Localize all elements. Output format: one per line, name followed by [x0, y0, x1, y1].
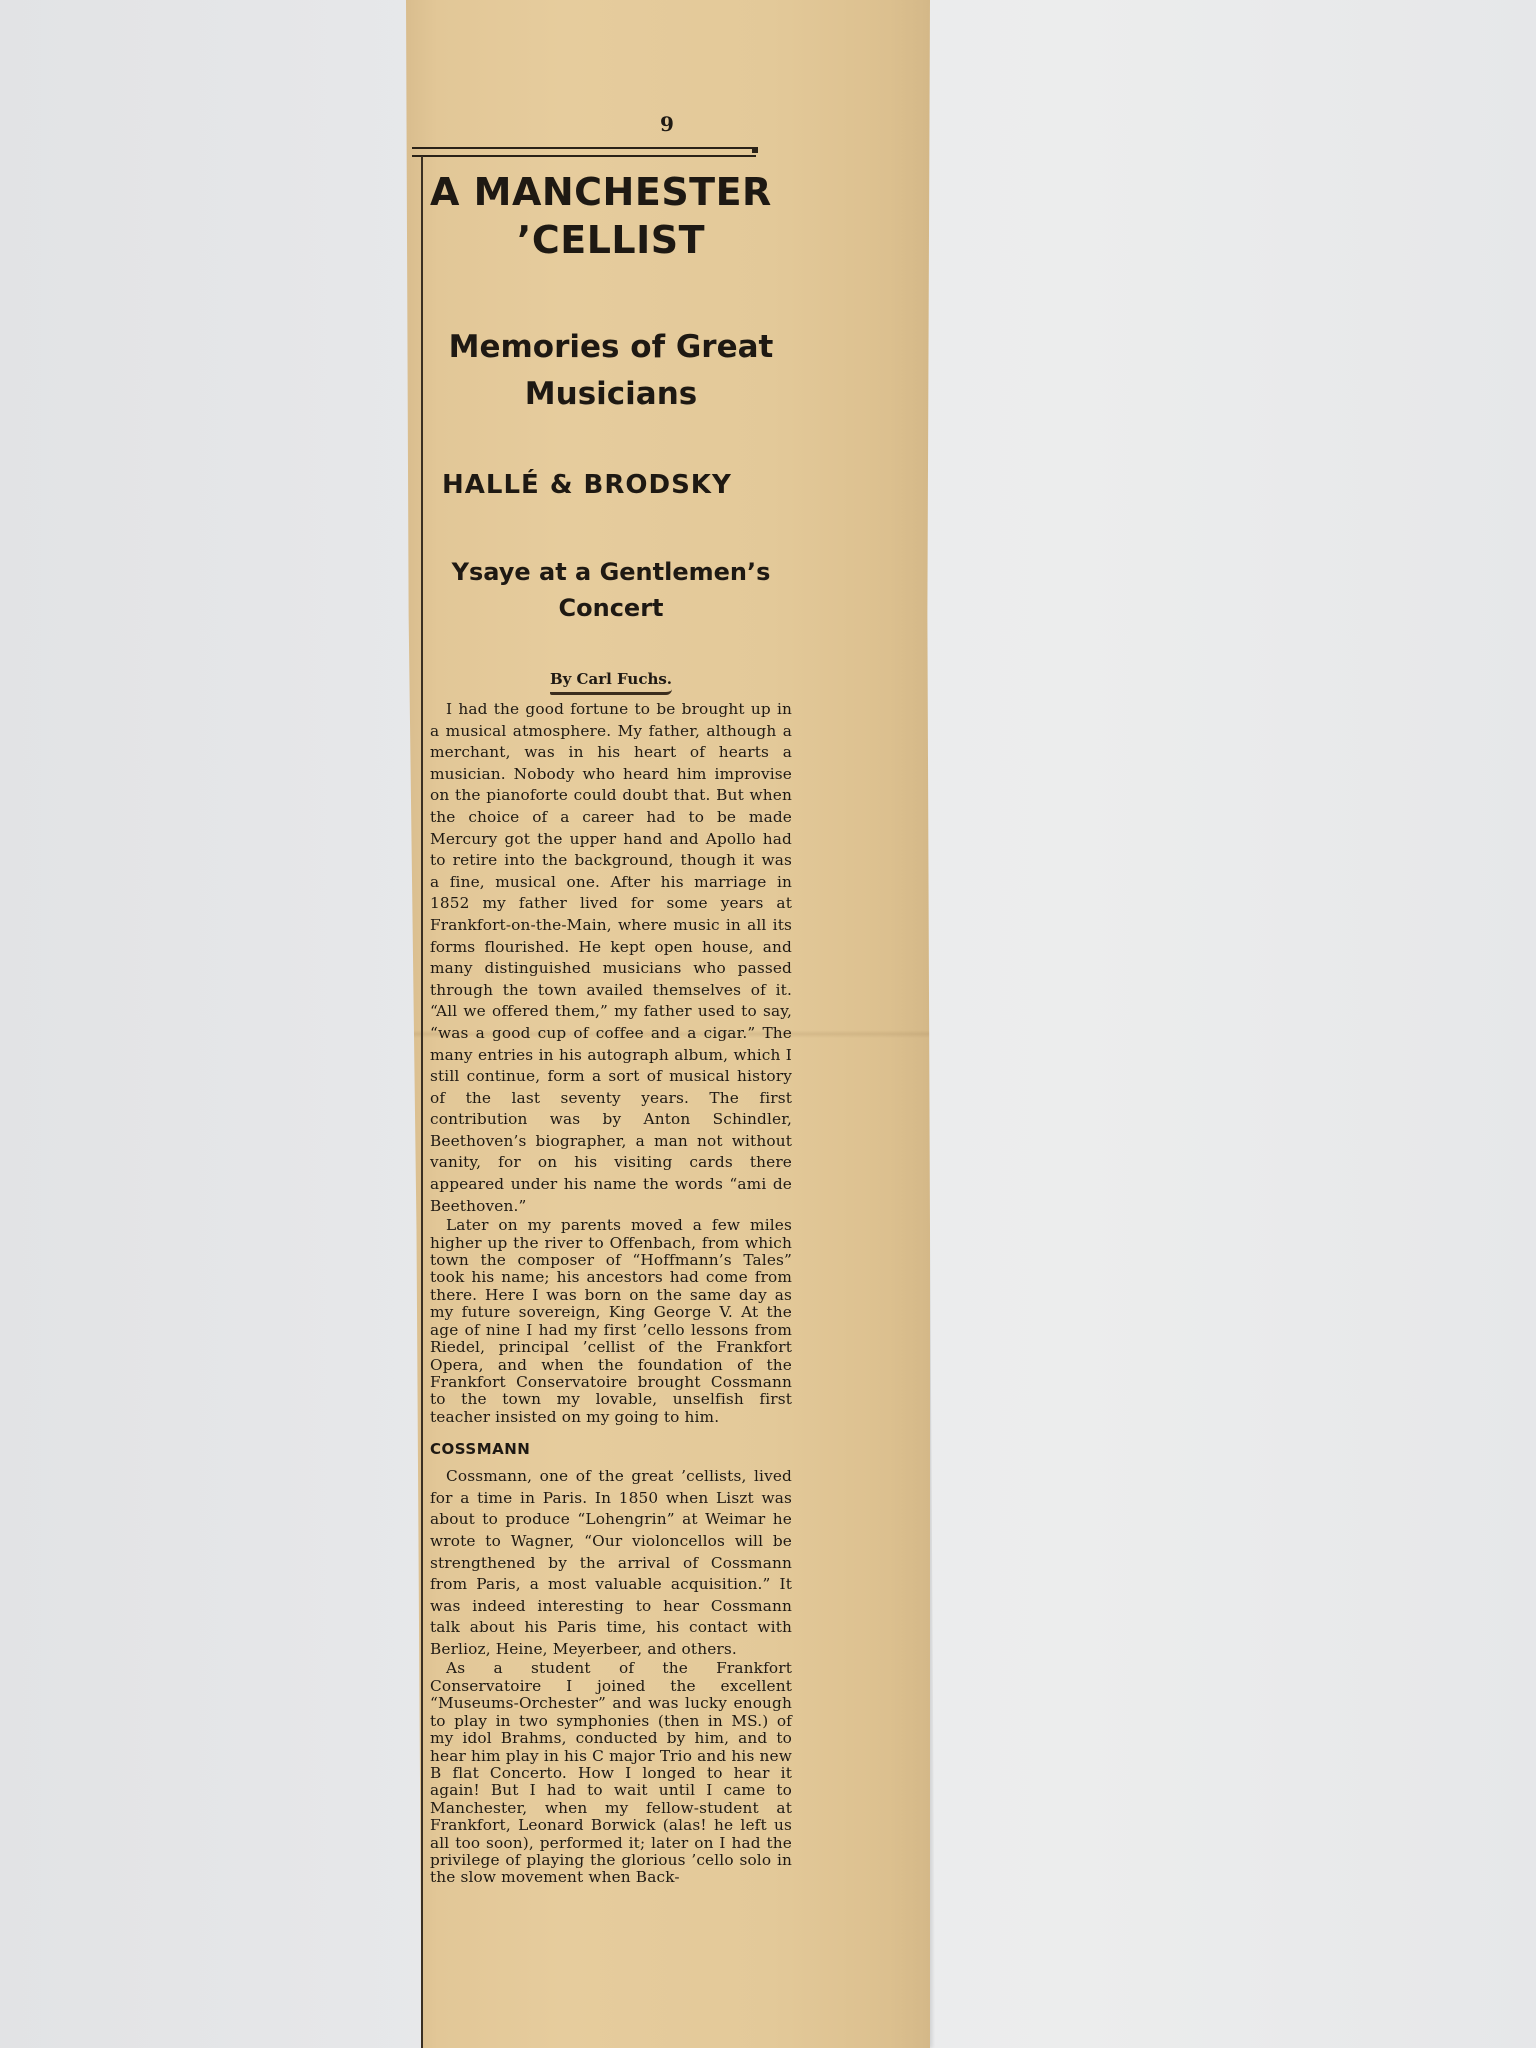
deck: Ysaye at a Gentlemen’s Concert — [430, 554, 792, 626]
section-heading: COSSMANN — [430, 1440, 792, 1458]
header-rule — [412, 147, 756, 157]
article: A MANCHESTER ’CELLIST Memories of Great … — [430, 168, 792, 1887]
headline-line-2: ’CELLIST — [517, 218, 705, 262]
byline-text: By Carl Fuchs. — [550, 670, 672, 695]
paragraph: Later on my parents moved a few miles hi… — [430, 1217, 792, 1426]
page-number: 9 — [660, 112, 680, 136]
section-title: HALLÉ & BRODSKY — [442, 470, 792, 500]
paragraph: I had the good fortune to be brought up … — [430, 699, 792, 1217]
subheadline-line-1: Memories of Great — [430, 324, 792, 371]
paragraph: As a student of the Frankfort Conservato… — [430, 1660, 792, 1886]
deck-line-2: Concert — [430, 590, 792, 626]
subheadline-line-2: Musicians — [430, 371, 792, 418]
headline-line-1: A MANCHESTER — [430, 168, 792, 216]
article-body: I had the good fortune to be brought up … — [430, 699, 792, 1426]
deck-line-1: Ysaye at a Gentlemen’s — [430, 554, 792, 590]
subheadline: Memories of Great Musicians — [430, 324, 792, 418]
paragraph: Cossmann, one of the great ’cellists, li… — [430, 1466, 792, 1660]
column-rule — [421, 156, 423, 2048]
article-body-2: Cossmann, one of the great ’cellists, li… — [430, 1466, 792, 1887]
headline: A MANCHESTER ’CELLIST — [430, 168, 792, 264]
byline: By Carl Fuchs. — [430, 670, 792, 695]
